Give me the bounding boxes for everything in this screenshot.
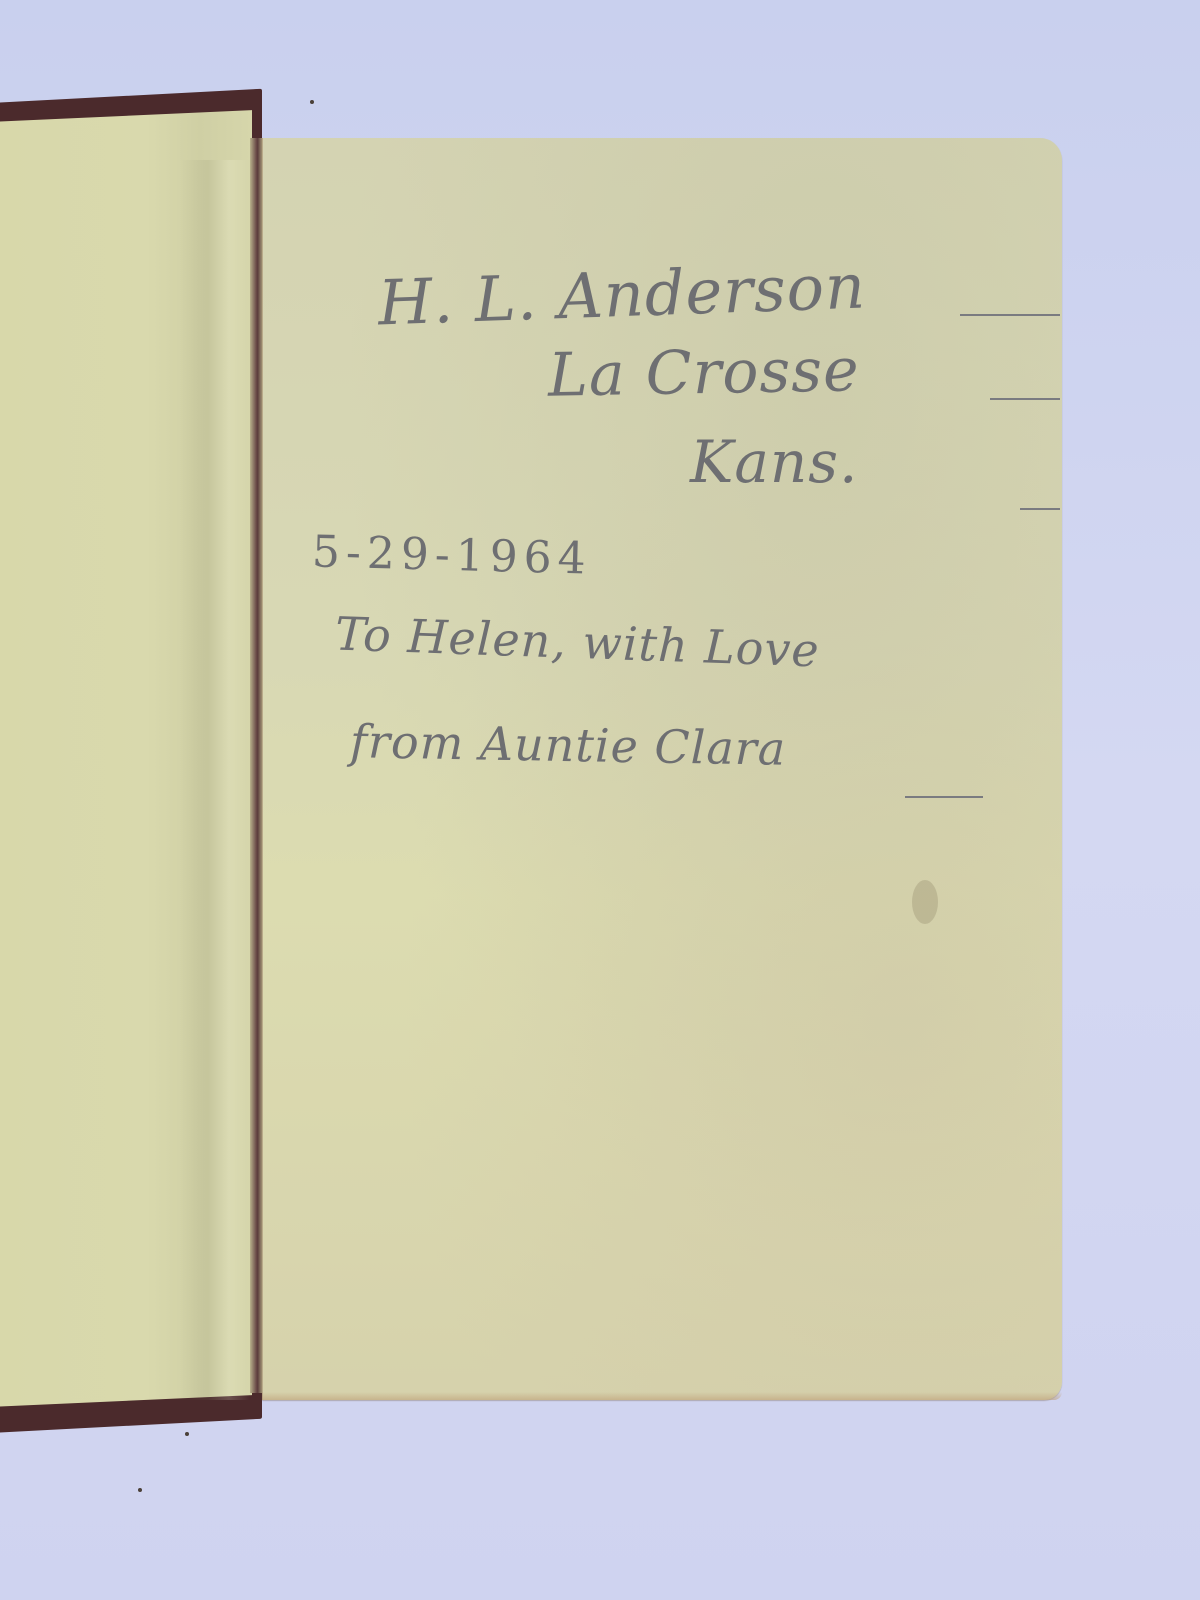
dust-speck	[185, 1432, 189, 1436]
flourish-line	[1020, 508, 1060, 510]
inscription-owner-city: La Crosse	[547, 335, 860, 410]
hinge-crease	[180, 160, 250, 1400]
dust-speck	[138, 1488, 142, 1492]
inscription-dedication-line2: from Auntie Clara	[350, 714, 787, 776]
inscription-owner-state: Kans.	[690, 428, 858, 496]
photo-scene: H. L. Anderson La Crosse Kans. 5-29-1964…	[0, 0, 1200, 1600]
dust-speck	[310, 100, 314, 104]
inscription-date: 5-29-1964	[311, 526, 592, 584]
flourish-line	[960, 314, 1060, 316]
paper-stain	[912, 880, 938, 924]
flourish-line	[905, 796, 983, 798]
flourish-line	[990, 398, 1060, 400]
